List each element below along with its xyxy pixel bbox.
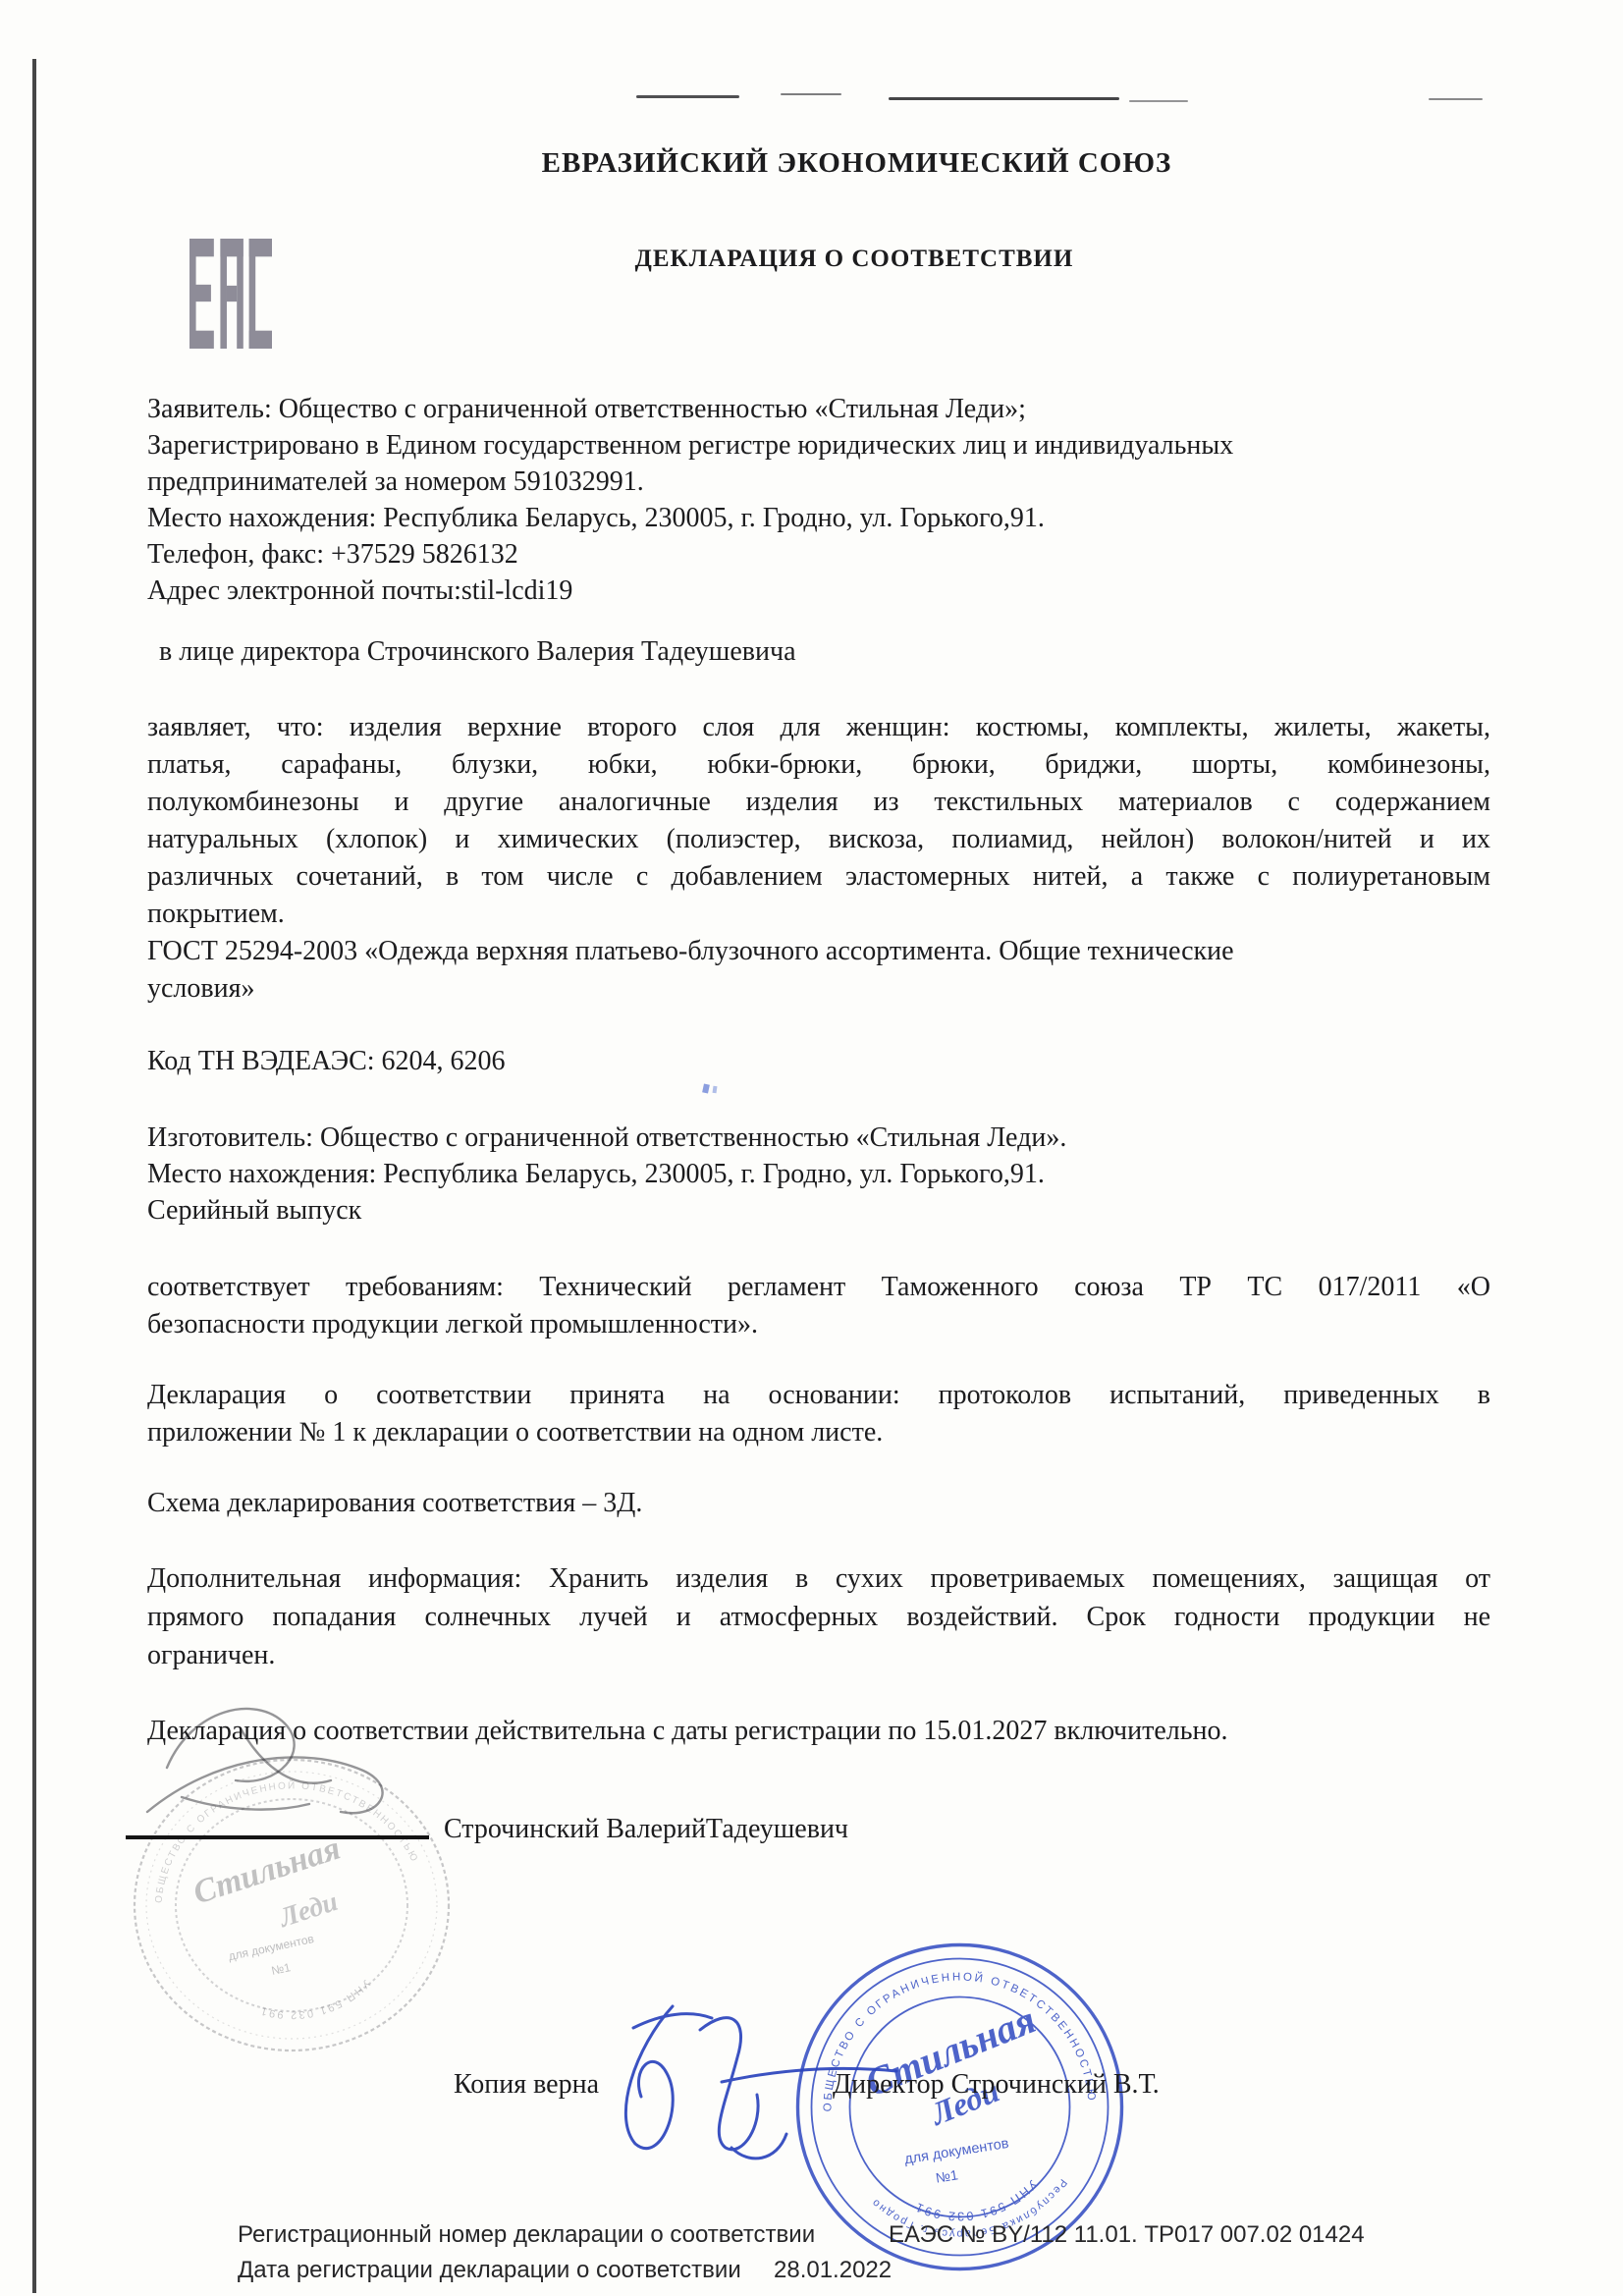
director-signature-label: Директор Строчинский В.Т. (833, 2066, 1160, 2103)
applicant-line: Зарегистрировано в Едином государственно… (147, 427, 1490, 464)
product-line: платья, сарафаны, блузки, юбки, юбки-брю… (147, 746, 1490, 784)
compliance-line: безопасности продукции легкой промышленн… (147, 1306, 1490, 1343)
scan-edge-line (32, 59, 36, 2293)
applicant-line: Адрес электронной почты:stil-lcdi19 (147, 573, 1490, 609)
gost-line: условия» (147, 970, 1490, 1008)
declaration-title: ДЕКЛАРАЦИЯ О СООТВЕТСТВИИ (609, 246, 1100, 273)
manufacturer-block: Изготовитель: Общество с ограниченной от… (147, 1120, 1490, 1229)
registration-number-value: ЕАЭС № BY/112 11.01. ТР017 007.02 01424 (889, 2221, 1365, 2249)
registration-number-label: Регистрационный номер декларации о соотв… (238, 2221, 815, 2249)
product-line: заявляет, что: изделия верхние второго с… (147, 709, 1490, 746)
representative-line: в лице директора Строчинского Валерия Та… (159, 633, 796, 670)
ink-artifact (702, 1083, 710, 1093)
black-stamp-number: №1 (270, 1960, 292, 1978)
applicant-line: предпринимателей за номером 591032991. (147, 464, 1490, 500)
compliance-line: соответствует требованиям: Технический р… (147, 1269, 1490, 1306)
copy-certification-label: Копия верна (454, 2066, 599, 2103)
validity-line: Декларация о соответствии действительна … (147, 1713, 1228, 1749)
scan-streak (781, 93, 841, 95)
scheme-line: Схема декларирования соответствия – 3Д. (147, 1485, 642, 1521)
compliance-block: соответствует требованиям: Технический р… (147, 1269, 1490, 1343)
director-name: Строчинский ВалерийТадеушевич (444, 1811, 848, 1847)
manufacturer-line: Изготовитель: Общество с ограниченной от… (147, 1120, 1490, 1156)
product-declaration-block: заявляет, что: изделия верхние второго с… (147, 709, 1490, 1008)
manufacturer-line: Место нахождения: Республика Беларусь, 2… (147, 1156, 1490, 1192)
manufacturer-line: Серийный выпуск (147, 1192, 1490, 1229)
union-name: ЕВРАЗИЙСКИЙ ЭКОНОМИЧЕСКИЙ СОЮЗ (511, 147, 1203, 180)
additional-info-block: Дополнительная информация: Хранить издел… (147, 1559, 1490, 1674)
basis-block: Декларация о соответствии принята на осн… (147, 1377, 1490, 1451)
basis-line: приложении № 1 к декларации о соответств… (147, 1414, 1490, 1451)
svg-text:УНП 591 032 991: УНП 591 032 991 (258, 1977, 372, 2020)
black-stamp-purpose: для документов (227, 1932, 315, 1963)
signature-line (126, 1835, 429, 1839)
applicant-line: Место нахождения: Республика Беларусь, 2… (147, 500, 1490, 536)
applicant-line: Заявитель: Общество с ограниченной ответ… (147, 391, 1490, 427)
scan-streak (636, 95, 739, 98)
scan-streak (889, 97, 1119, 100)
product-line: различных сочетаний, в том числе с добав… (147, 858, 1490, 896)
document-page: ЕВРАЗИЙСКИЙ ЭКОНОМИЧЕСКИЙ СОЮЗ ДЕКЛАРАЦИ… (0, 0, 1623, 2296)
additional-line: прямого попадания солнечных лучей и атмо… (147, 1598, 1490, 1636)
product-line: полукомбинезоны и другие аналогичные изд… (147, 784, 1490, 821)
eac-logo (189, 239, 272, 349)
blue-stamp-number: №1 (935, 2166, 959, 2185)
gost-line: ГОСТ 25294-2003 «Одежда верхняя платьево… (147, 933, 1490, 970)
black-stamp-name2: Леди (275, 1886, 342, 1934)
scan-streak (1429, 98, 1483, 100)
applicant-line: Телефон, факс: +37529 5826132 (147, 536, 1490, 573)
product-line: покрытием. (147, 896, 1490, 933)
black-stamp-unp: УНП 591 032 991 (258, 1977, 372, 2020)
scan-streak (1129, 100, 1188, 102)
registration-date-label: Дата регистрации декларации о соответств… (238, 2257, 741, 2284)
tnved-line: Код ТН ВЭДЕАЭС: 6204, 6206 (147, 1043, 506, 1079)
registration-date-value: 28.01.2022 (774, 2257, 892, 2284)
additional-line: Дополнительная информация: Хранить издел… (147, 1559, 1490, 1598)
ink-artifact (713, 1086, 718, 1093)
additional-line: ограничен. (147, 1636, 1490, 1674)
blue-stamp-purpose: для документов (903, 2136, 1010, 2168)
product-line: натуральных (хлопок) и химических (полиэ… (147, 821, 1490, 858)
applicant-block: Заявитель: Общество с ограниченной ответ… (147, 391, 1490, 609)
basis-line: Декларация о соответствии принята на осн… (147, 1377, 1490, 1414)
